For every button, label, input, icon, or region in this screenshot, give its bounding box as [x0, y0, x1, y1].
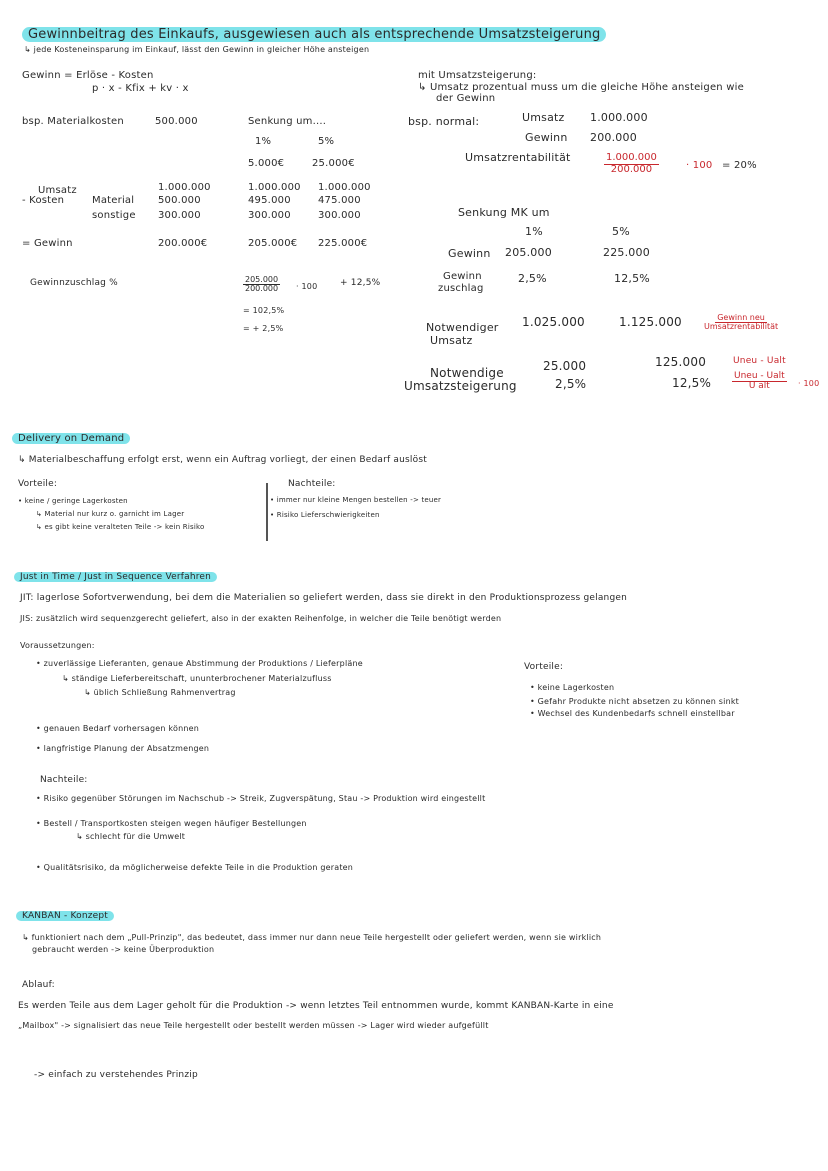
- list-item: ↳ schlecht für die Umwelt: [76, 832, 185, 841]
- right-note-1: ↳ Umsatz prozentual muss um die gleiche …: [418, 82, 744, 94]
- steigerung-pct-formula: Uneu - Ualt U alt: [732, 372, 787, 392]
- list-item: • Gefahr Produkte nicht absetzen zu könn…: [530, 697, 739, 706]
- list-item: ↳ üblich Schließung Rahmenvertrag: [84, 688, 236, 697]
- surcharge-times: · 100: [296, 282, 317, 291]
- kanban-desc-2: gebraucht werden -> keine Überproduktion: [32, 945, 214, 954]
- list-item: ↳ es gibt keine veralteten Teile -> kein…: [36, 523, 204, 531]
- list-item: • langfristige Planung der Absatzmengen: [36, 744, 209, 753]
- right-pct5: 5%: [612, 226, 630, 239]
- amount5: 25.000€: [312, 158, 355, 170]
- right-umsatz-v1: 1.025.000: [522, 316, 585, 330]
- right-gewinn-v1: 205.000: [505, 247, 552, 260]
- surcharge-fraction: 205.000 200.000: [243, 276, 280, 294]
- steigerung-pct1: 2,5%: [555, 378, 586, 392]
- steigerung-abs1: 25.000: [543, 360, 586, 374]
- jit-definition: JIT: lagerlose Sofortverwendung, bei dem…: [20, 593, 627, 603]
- list-item: • Qualitätsrisiko, da möglicherweise def…: [36, 863, 353, 872]
- surcharge-eq1: = 102,5%: [243, 306, 284, 315]
- list-item: 300.000: [318, 210, 361, 222]
- amount1: 5.000€: [248, 158, 284, 170]
- list-item: 475.000: [318, 195, 361, 207]
- right-steigerung-label2: Umsatzsteigerung: [404, 380, 517, 394]
- dod-cons-label: Nachteile:: [288, 479, 336, 489]
- list-item: • keine Lagerkosten: [530, 683, 614, 692]
- formula-line2: p · x - Kfix + kv · x: [92, 83, 189, 95]
- section1-subtitle: ↳ jede Kosteneinsparung im Einkauf, läss…: [24, 45, 369, 54]
- umsatz-value: 1.000.000: [590, 112, 648, 125]
- flow-line-2: „Mailbox" -> signalisiert das neue Teile…: [18, 1021, 489, 1030]
- example-label: bsp. Materialkosten: [22, 116, 124, 128]
- requirements-label: Voraussetzungen:: [20, 641, 95, 650]
- flow-label: Ablauf:: [22, 980, 55, 990]
- right-gewinn-v5: 225.000: [603, 247, 650, 260]
- right-reduction-label: Senkung MK um: [458, 207, 550, 220]
- list-item: • zuverlässige Lieferanten, genaue Absti…: [36, 659, 363, 668]
- jis-definition: JIS: zusätzlich wird sequenzgerecht geli…: [20, 614, 501, 623]
- umsatz-label: Umsatz: [522, 112, 565, 125]
- formula-line1: Gewinn = Erlöse - Kosten: [22, 70, 154, 82]
- list-item: 300.000: [158, 210, 201, 222]
- pct5-header: 5%: [318, 136, 334, 148]
- jit-pros-label: Vorteile:: [524, 662, 563, 672]
- list-item: • Risiko Lieferschwierigkeiten: [270, 511, 380, 519]
- rentab-label: Umsatzrentabilität: [465, 152, 571, 165]
- jit-cons-label: Nachteile:: [40, 775, 88, 785]
- flow-line-1: Es werden Teile aus dem Lager geholt für…: [18, 1001, 614, 1011]
- list-item: 1.000.000: [318, 182, 371, 194]
- right-pct1: 1%: [525, 226, 543, 239]
- section2-title: Delivery on Demand: [12, 433, 130, 445]
- list-item: ↳ ständige Lieferbereitschaft, ununterbr…: [62, 674, 332, 683]
- right-zuschlag-label2: zuschlag: [438, 283, 484, 295]
- right-heading: mit Umsatzsteigerung:: [418, 70, 536, 82]
- right-umsatz-label1: Notwendiger: [426, 322, 499, 335]
- list-item: • Bestell / Transportkosten steigen wege…: [36, 819, 307, 828]
- rentab-fraction: 1.000.000 200.000: [604, 153, 659, 175]
- list-item: sonstige: [92, 210, 136, 222]
- gewinn-value: 200.000: [590, 132, 637, 145]
- gewinn-label: Gewinn: [525, 132, 568, 145]
- steigerung-pct-times: · 100: [798, 379, 819, 388]
- list-item: • Wechsel des Kundenbedarfs schnell eins…: [530, 709, 735, 718]
- steigerung-abs5: 125.000: [655, 356, 706, 370]
- list-item: ↳ Material nur kurz o. garnicht im Lager: [36, 510, 184, 518]
- steigerung-abs-formula: Uneu - Ualt: [733, 356, 786, 366]
- list-item: 1.000.000: [158, 182, 211, 194]
- pct1-header: 1%: [255, 136, 271, 148]
- section2-subtitle: ↳ Materialbeschaffung erfolgt erst, wenn…: [18, 455, 427, 465]
- conclusion: -> einfach zu verstehendes Prinzip: [34, 1070, 198, 1080]
- right-note-2: der Gewinn: [436, 93, 495, 105]
- right-gewinn-label: Gewinn: [448, 248, 491, 261]
- list-item: 200.000€: [158, 238, 207, 250]
- list-item: 225.000€: [318, 238, 367, 250]
- section1-title: Gewinnbeitrag des Einkaufs, ausgewiesen …: [22, 28, 606, 43]
- list-item: 205.000€: [248, 238, 297, 250]
- example-value: 500.000: [155, 116, 198, 128]
- right-zuschlag-v5: 12,5%: [614, 273, 650, 286]
- list-item: - Kosten: [22, 195, 64, 207]
- surcharge-label: Gewinnzuschlag %: [30, 278, 118, 288]
- reduction-label: Senkung um....: [248, 116, 326, 128]
- list-item: 300.000: [248, 210, 291, 222]
- list-item: 495.000: [248, 195, 291, 207]
- kanban-desc-1: ↳ funktioniert nach dem „Pull-Prinzip", …: [22, 933, 601, 942]
- column-divider: [266, 483, 268, 541]
- list-item: = Gewinn: [22, 238, 73, 250]
- rentab-times: · 100: [686, 160, 712, 172]
- right-example-label: bsp. normal:: [408, 116, 479, 129]
- rentab-result: = 20%: [722, 160, 757, 172]
- umsatz-formula: Gewinn neu Umsatzrentabilität: [704, 314, 778, 332]
- section4-title: KANBAN - Konzept: [16, 911, 114, 921]
- surcharge-v5: + 12,5%: [340, 278, 380, 288]
- list-item: • immer nur kleine Mengen bestellen -> t…: [270, 496, 441, 504]
- list-item: 1.000.000: [248, 182, 301, 194]
- section3-title: Just in Time / Just in Sequence Verfahre…: [14, 572, 217, 582]
- list-item: • Risiko gegenüber Störungen im Nachschu…: [36, 794, 485, 803]
- list-item: Material: [92, 195, 134, 207]
- list-item: 500.000: [158, 195, 201, 207]
- right-zuschlag-v1: 2,5%: [518, 273, 547, 286]
- surcharge-eq2: = + 2,5%: [243, 324, 283, 333]
- list-item: • genauen Bedarf vorhersagen können: [36, 724, 199, 733]
- dod-pros-label: Vorteile:: [18, 479, 57, 489]
- right-zuschlag-label1: Gewinn: [443, 271, 482, 283]
- steigerung-pct5: 12,5%: [672, 377, 711, 391]
- right-umsatz-label2: Umsatz: [430, 335, 473, 348]
- right-umsatz-v5: 1.125.000: [619, 316, 682, 330]
- list-item: • keine / geringe Lagerkosten: [18, 497, 128, 505]
